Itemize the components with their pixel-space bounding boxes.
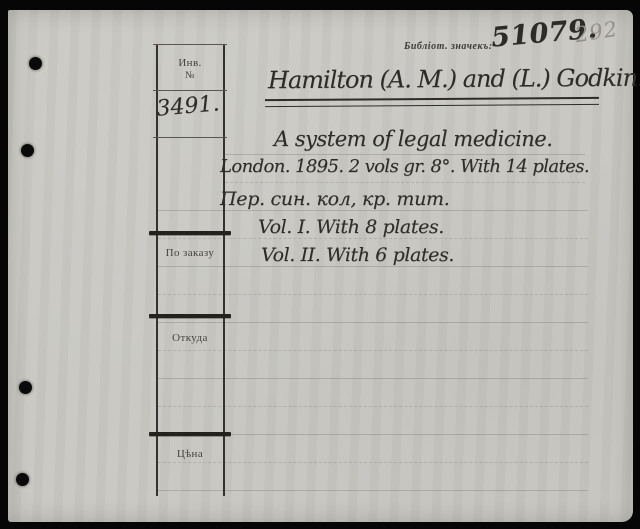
entry-volume2-line: Vol. II. With 6 plates. <box>261 244 454 266</box>
column-heavy-divider <box>149 432 231 436</box>
library-mark-label: Библіот. значекъ: <box>404 41 493 52</box>
entry-binding-note-line: Пер. син. кол, кр. тит. <box>220 188 450 210</box>
ruled-line <box>225 182 585 183</box>
column-top-rule <box>153 44 227 45</box>
punch-hole <box>19 381 32 394</box>
punch-hole <box>29 57 42 70</box>
section-label-by-order: По заказу <box>156 247 224 259</box>
entry-title-line: A system of legal medicine. <box>274 127 552 151</box>
heading-underline <box>265 97 599 107</box>
column-heavy-divider <box>149 231 231 235</box>
scanned-catalog-card-image: Инв. № 3491. По заказу Откуда Цѣна Библі… <box>0 0 640 529</box>
pencil-shelf-number: 292 <box>573 17 619 47</box>
punch-hole <box>21 144 34 157</box>
entry-heading-author: Hamilton (A. M.) and (L.) Godkin. <box>268 64 640 95</box>
ruled-line <box>225 154 585 155</box>
punch-hole <box>16 473 29 486</box>
catalog-card: Инв. № 3491. По заказу Откуда Цѣна Библі… <box>8 10 633 522</box>
section-label-from-where: Откуда <box>156 332 224 344</box>
column-heavy-divider <box>149 314 231 318</box>
numero-sign: № <box>156 70 224 81</box>
inventory-number-label: Инв. <box>156 57 224 69</box>
entry-volume1-line: Vol. I. With 8 plates. <box>258 216 444 238</box>
inventory-number-value: 3491. <box>151 91 225 122</box>
column-thin-divider <box>153 137 227 138</box>
entry-imprint-line: London. 1895. 2 vols gr. 8°. With 14 pla… <box>220 156 589 177</box>
section-label-price: Цѣна <box>156 448 224 460</box>
